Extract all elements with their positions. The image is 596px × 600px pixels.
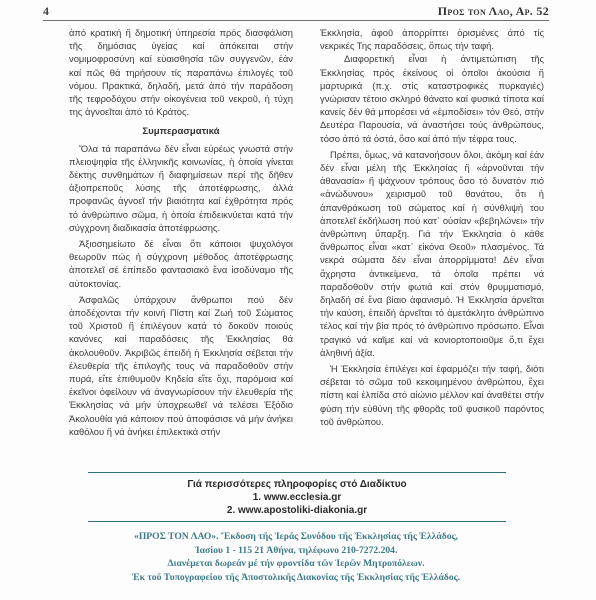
page-header: 4 Προς τον Λαο, Αρ. 52 — [43, 4, 549, 21]
colophon-line: Ἐκ τοῦ Τυπογραφείου τῆς Ἀποστολικῆς Διακ… — [43, 571, 549, 585]
link-ecclesia[interactable]: 1. www.ecclesia.gr — [88, 491, 506, 504]
colophon: «ΠΡΟΣ ΤΟΝ ΛΑΟ». Ἔκδοση τῆς Ἱερᾶς Συνόδου… — [43, 530, 549, 584]
paragraph: Ἀσφαλῶς ὑπάρχουν ἄνθρωποι πού δέν ἀποδέχ… — [69, 293, 293, 438]
paragraph: Ὅλα τά παραπάνω δέν εἶναι εὐρέως γνωστά … — [69, 142, 293, 234]
paragraph: Ἀξιοσημείωτο δέ εἶναι ὅτι κάποιοι ψυχολό… — [69, 237, 293, 290]
link-apostoliki-diakonia[interactable]: 2. www.apostoliki-diakonia.gr — [88, 504, 506, 517]
colophon-line: Διανέμεται δωρεάν μέ τήν φροντίδα τῶν Ἱε… — [43, 557, 549, 571]
paragraph: ἀπό κρατική ἤ δημοτική ὑπηρεσία πρός δια… — [69, 26, 293, 118]
section-heading: Συμπερασματικά — [69, 125, 293, 138]
paragraph: Ἐκκλησία, ἀφοῦ ἀπορρίπτει ὁρισμένες ἀπό … — [320, 26, 544, 52]
colophon-line: «ΠΡΟΣ ΤΟΝ ΛΑΟ». Ἔκδοση τῆς Ἱερᾶς Συνόδου… — [43, 530, 549, 544]
document-page: 4 Προς τον Λαο, Αρ. 52 ἀπό κρατική ἤ δημ… — [0, 0, 596, 600]
paragraph: Ἡ Ἐκκλησία ἐπιλέγει καί ἐφαρμόζει τήν τα… — [320, 362, 544, 428]
page-number: 4 — [43, 4, 49, 19]
colophon-line: Ἰασίου 1 - 115 21 Ἀθήνα, τηλέφωνο 210-72… — [43, 544, 549, 558]
left-column: ἀπό κρατική ἤ δημοτική ὑπηρεσία πρός δια… — [69, 26, 293, 438]
paragraph: Διαφορετική εἶναι ἡ ἀντιμετώπιση τῆς Ἐκκ… — [320, 52, 544, 144]
right-column: Ἐκκλησία, ἀφοῦ ἀπορρίπτει ὁρισμένες ἀπό … — [320, 26, 544, 428]
running-head: Προς τον Λαο, Αρ. 52 — [438, 4, 549, 19]
paragraph: Πρέπει, ὅμως, νά κατανοήσουν ὅλοι, ἀκόμη… — [320, 148, 544, 359]
article-body: ἀπό κρατική ἤ δημοτική ὑπηρεσία πρός δια… — [69, 26, 549, 458]
web-links-box: Γιά περισσότερες πληροφορίες στό Διαδίκτ… — [88, 472, 506, 522]
web-links-title: Γιά περισσότερες πληροφορίες στό Διαδίκτ… — [88, 478, 506, 491]
